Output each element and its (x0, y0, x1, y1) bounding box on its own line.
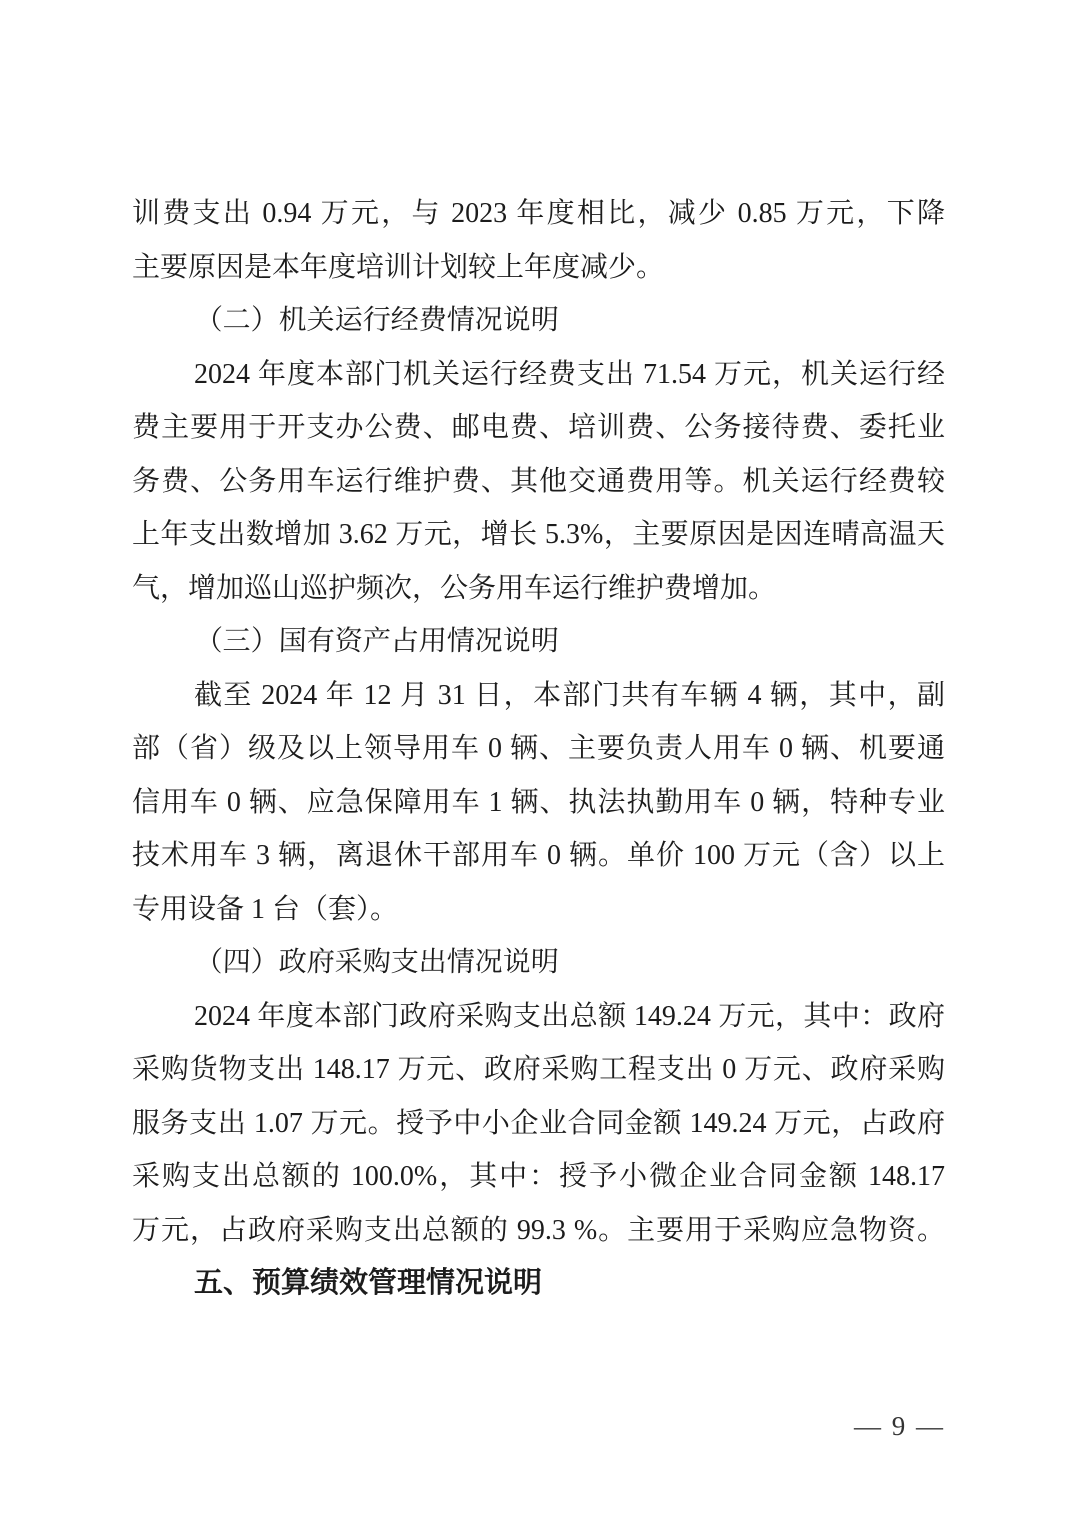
paragraph-line: 万元，占政府采购支出总额的 99.3 %。主要用于采购应急物资。 (132, 1204, 945, 1258)
section-heading-4: （四）政府采购支出情况说明 (132, 936, 946, 990)
paragraph-line: 2024 年度本部门政府采购支出总额 149.24 万元，其中：政府 (132, 990, 945, 1044)
page-number: — 9 — (854, 1411, 945, 1441)
document-page: 训费支出 0.94 万元，与 2023 年度相比，减少 0.85 万元，下降 4… (0, 0, 1075, 1520)
paragraph-line: 2024 年度本部门机关运行经费支出 71.54 万元，机关运行经 (132, 348, 945, 402)
paragraph-line: 采购货物支出 148.17 万元、政府采购工程支出 0 万元、政府采购 (132, 1043, 945, 1097)
document-body: 训费支出 0.94 万元，与 2023 年度相比，减少 0.85 万元，下降 4… (132, 187, 945, 1311)
section-heading-3: （三）国有资产占用情况说明 (132, 615, 946, 669)
paragraph-line: 服务支出 1.07 万元。授予中小企业合同金额 149.24 万元，占政府 (132, 1097, 945, 1151)
paragraph-line: 气，增加巡山巡护频次，公务用车运行维护费增加。 (132, 562, 945, 616)
paragraph-line: 务费、公务用车运行维护费、其他交通费用等。机关运行经费较 (132, 455, 945, 509)
paragraph-line: 信用车 0 辆、应急保障用车 1 辆、执法执勤用车 0 辆，特种专业 (132, 776, 945, 830)
paragraph-line: 专用设备 1 台（套）。 (132, 883, 945, 937)
paragraph-line: 部（省）级及以上领导用车 0 辆、主要负责人用车 0 辆、机要通 (132, 722, 945, 776)
section-heading-2: （二）机关运行经费情况说明 (132, 294, 946, 348)
paragraph-line: 截至 2024 年 12 月 31 日，本部门共有车辆 4 辆，其中，副 (132, 669, 945, 723)
paragraph-line: 技术用车 3 辆，离退休干部用车 0 辆。单价 100 万元（含）以上 (132, 829, 945, 883)
paragraph-line: 采购支出总额的 100.0%，其中：授予小微企业合同金额 148.17 (132, 1150, 945, 1204)
paragraph-line: 主要原因是本年度培训计划较上年度减少。 (132, 241, 945, 295)
paragraph-line: 训费支出 0.94 万元，与 2023 年度相比，减少 0.85 万元，下降 4… (132, 187, 945, 241)
paragraph-line: 上年支出数增加 3.62 万元，增长 5.3%，主要原因是因连晴高温天 (132, 508, 945, 562)
paragraph-line: 费主要用于开支办公费、邮电费、培训费、公务接待费、委托业 (132, 401, 945, 455)
section-heading-5: 五、预算绩效管理情况说明 (132, 1257, 945, 1311)
